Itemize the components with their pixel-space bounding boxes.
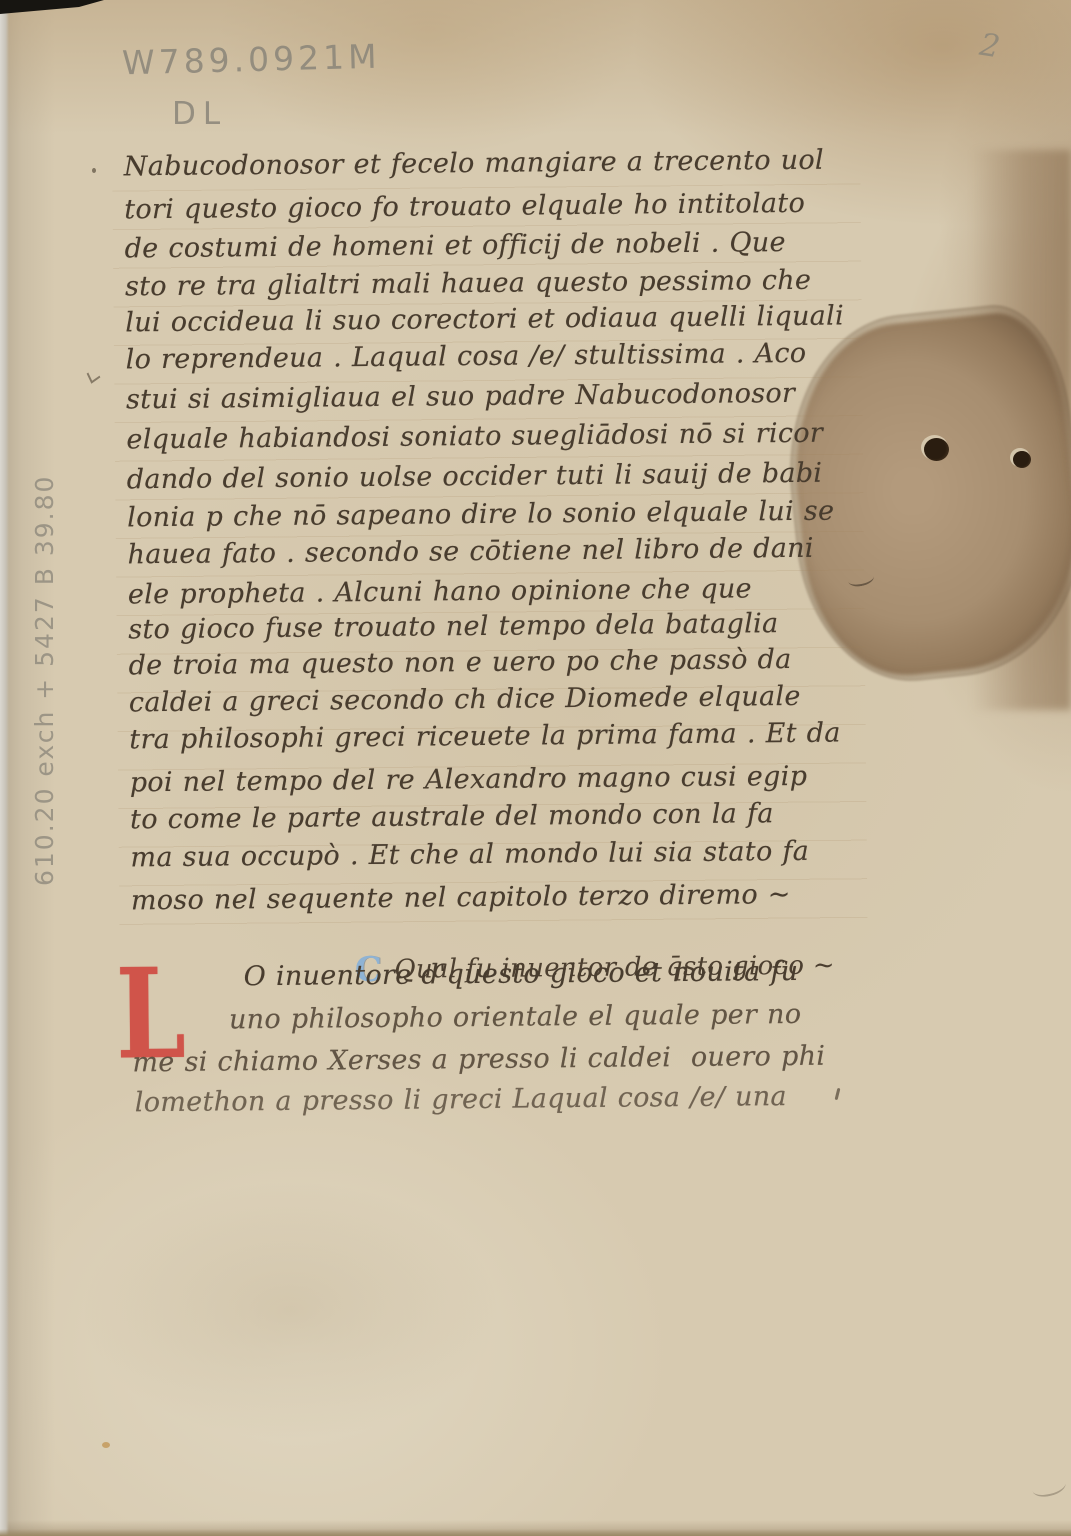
- text-block: Nabucodonosor et fecelo mangiare a trece…: [122, 0, 917, 1536]
- worm-hole: [1013, 451, 1031, 468]
- manuscript-line: O inuentore d'questo gioco et nouita fu: [243, 956, 798, 992]
- manuscript-line: hauea fato . secondo se cōtiene nel libr…: [127, 533, 814, 571]
- page-left-edge: [0, 0, 9, 1536]
- manuscript-line: elquale habiandosi soniato suegliādosi n…: [126, 418, 823, 456]
- manuscript-line: de troia ma questo non e uero po che pas…: [128, 644, 791, 681]
- worm-hole: [924, 438, 949, 461]
- manuscript-line: ele propheta . Alcuni hano opinione che …: [128, 573, 752, 610]
- manuscript-line: tori questo gioco fo trouato elquale ho …: [124, 188, 805, 226]
- manuscript-line: caldei a greci secondo ch dice Diomede e…: [129, 681, 801, 718]
- manuscript-line: stui si asimigliaua el suo padre Nabucod…: [126, 378, 795, 415]
- manuscript-line: lo reprendeua . Laqual cosa /e/ stultiss…: [126, 338, 807, 376]
- pigment-speck: [102, 1442, 110, 1448]
- manuscript-line: lomethon a presso li greci Laqual cosa /…: [135, 1081, 787, 1118]
- scan-background-sliver: [0, 0, 104, 14]
- margin-inscription-vertical: 610.20 exch + 5427 B 39.80: [30, 274, 74, 886]
- ink-tick-mark: [87, 367, 101, 383]
- manuscript-line: to come le parte australe del mondo con …: [130, 798, 774, 835]
- manuscript-line: dando del sonio uolse occider tuti li sa…: [127, 458, 823, 496]
- folio-number: 2: [977, 27, 1002, 66]
- manuscript-line: moso nel sequente nel capitolo terzo dir…: [131, 879, 791, 916]
- faint-corner-scribble: [1030, 1474, 1067, 1500]
- manuscript-line: uno philosopho orientale el quale per no: [229, 999, 802, 1035]
- manuscript-line: ma sua occupò . Et che al mondo lui sia …: [130, 836, 809, 874]
- ink-dot: [92, 168, 96, 173]
- manuscript-line: poi nel tempo del re Alexandro magno cus…: [130, 761, 808, 799]
- manuscript-line: de costumi de homeni et officij de nobel…: [124, 227, 785, 264]
- manuscript-line: sto gioco fuse trouato nel tempo dela ba…: [128, 608, 778, 645]
- manuscript-line: sto re tra glialtri mali hauea questo pe…: [125, 265, 812, 303]
- manuscript-line: tra philosophi greci riceuete la prima f…: [129, 718, 841, 756]
- manuscript-line: me si chiamo Xerses a presso li caldei o…: [132, 1041, 825, 1079]
- manuscript-page: W789.0921M DL 2 610.20 exch + 5427 B 39.…: [0, 0, 1071, 1536]
- manuscript-line: lui occideua li suo corectori et odiaua …: [125, 300, 844, 338]
- manuscript-line: lonia p che nō sapeano dire lo sonio elq…: [127, 496, 834, 534]
- manuscript-line: Nabucodonosor et fecelo mangiare a trece…: [124, 145, 824, 183]
